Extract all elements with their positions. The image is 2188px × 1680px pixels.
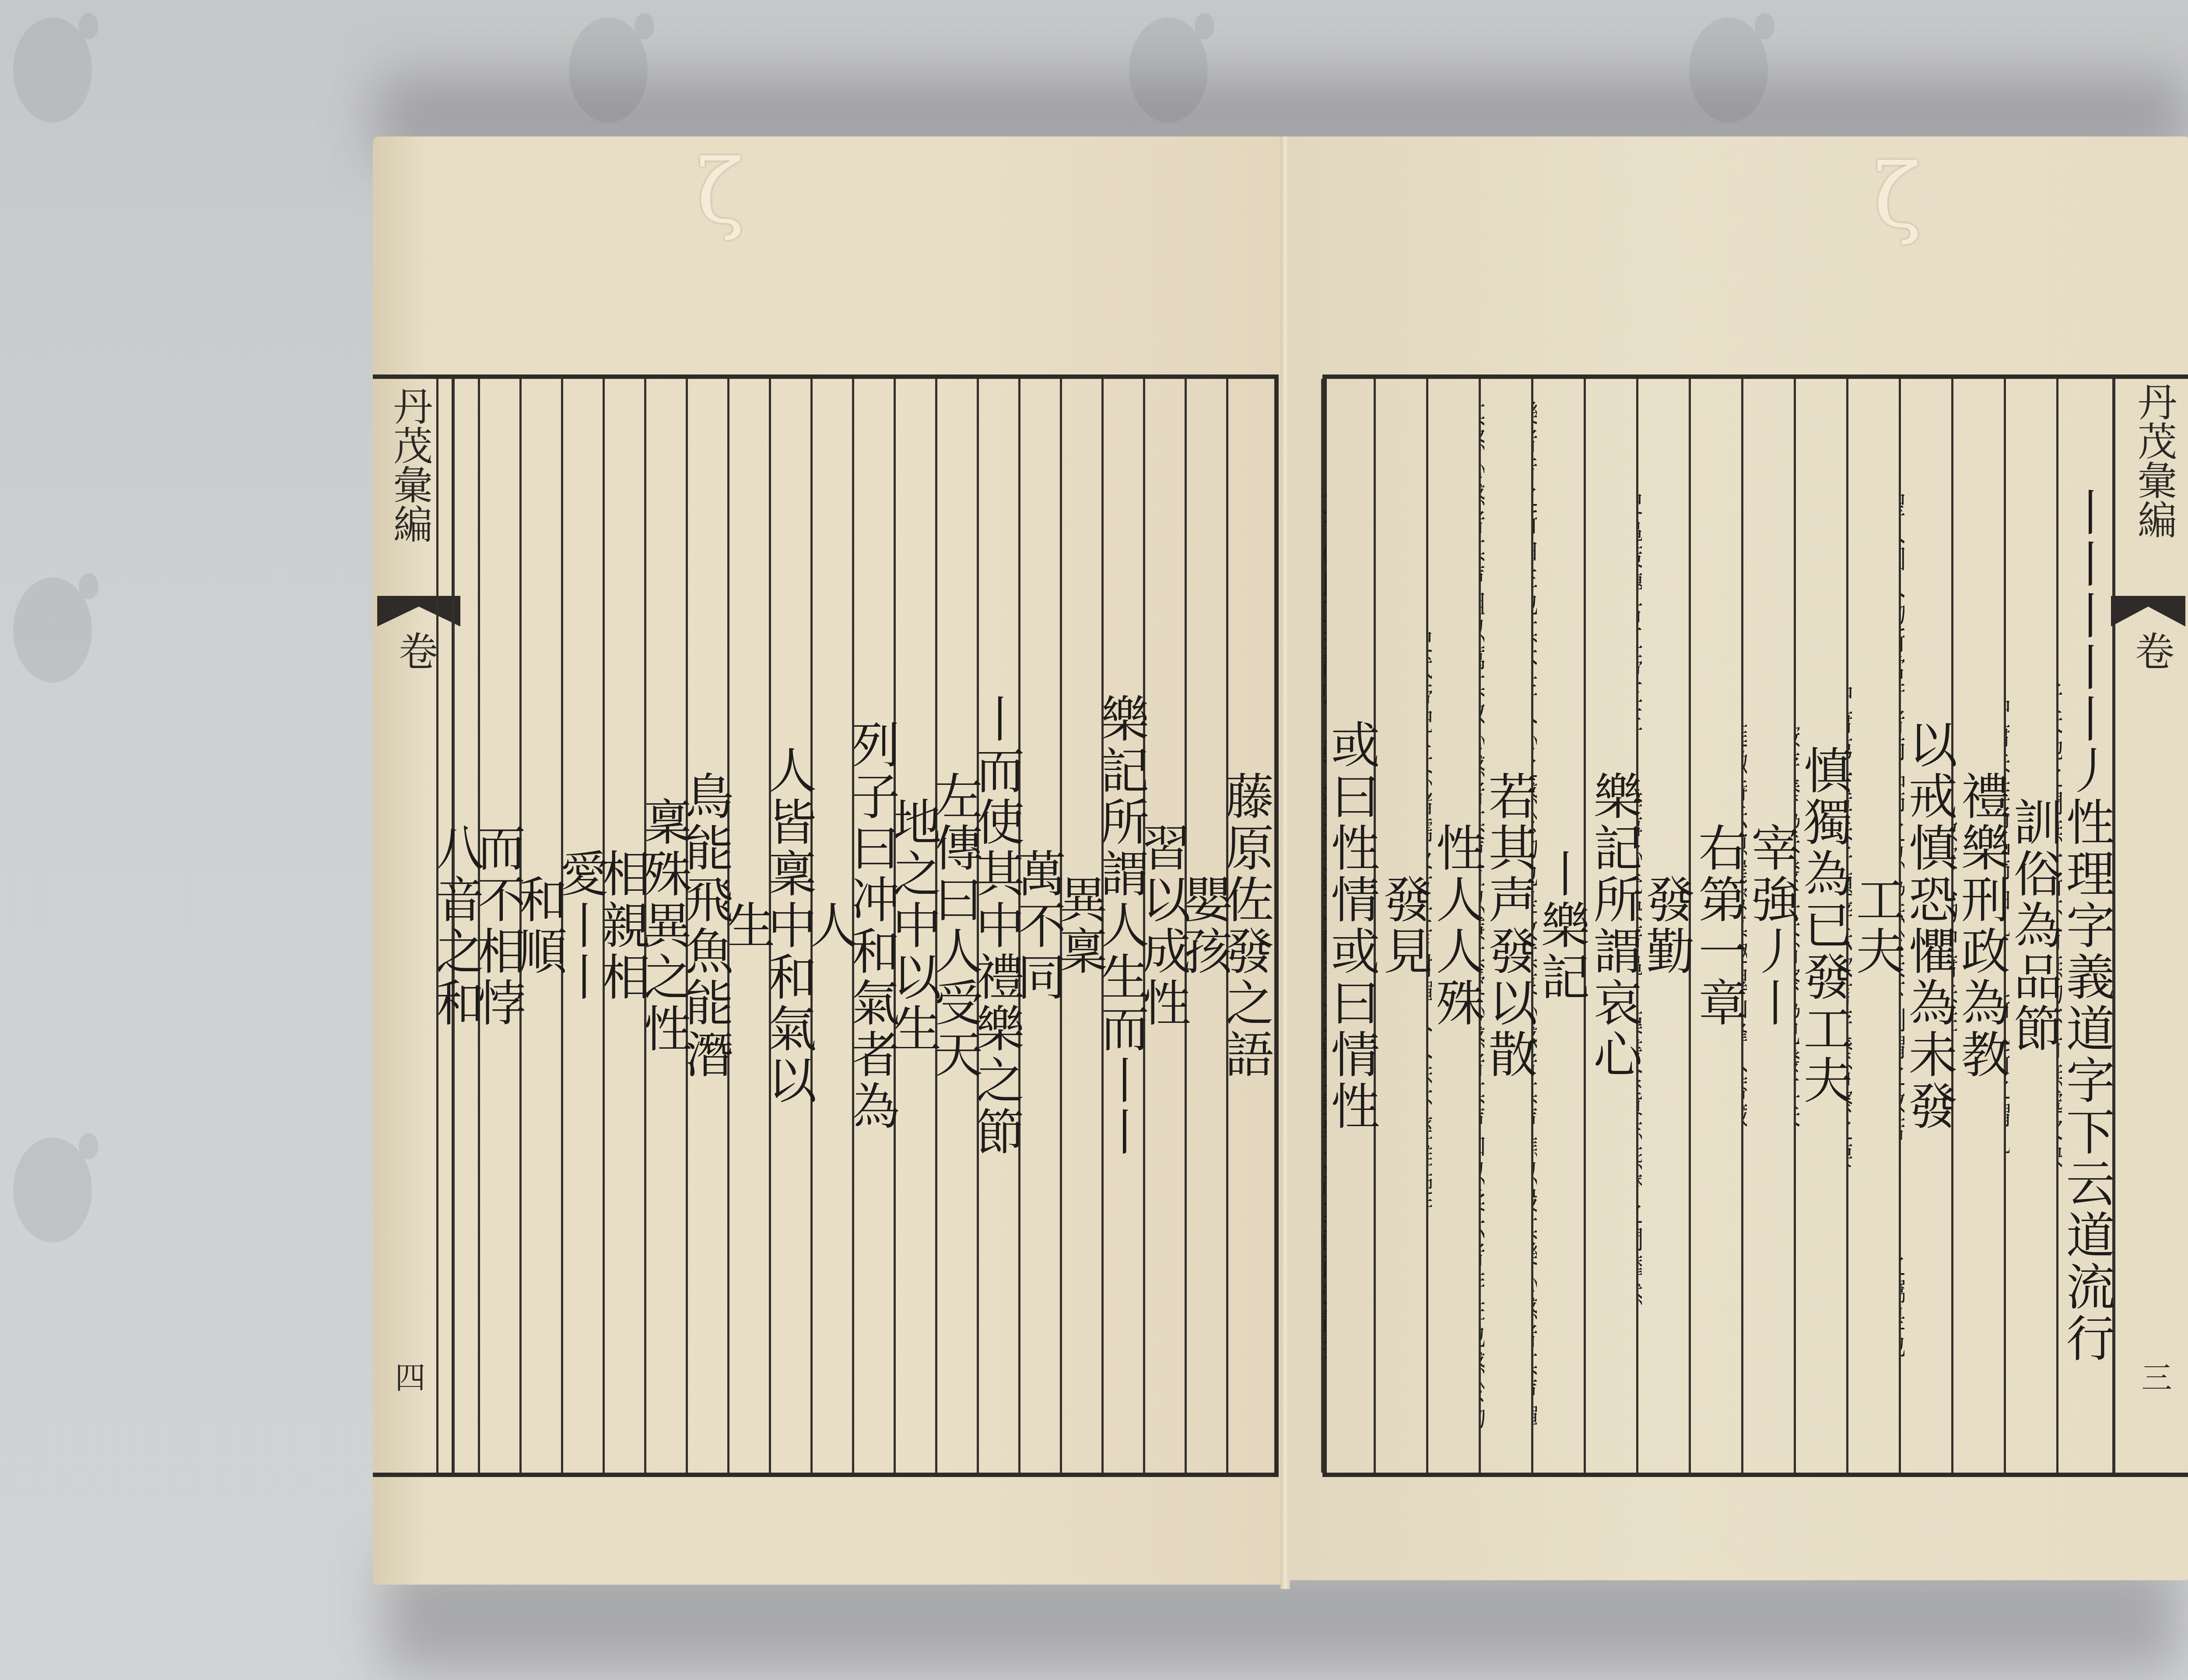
watermark-logo-icon [4, 560, 105, 691]
text-column: 慎獨為已發工夫按存養為未發工夫省察為已發工夫 [1796, 379, 1848, 1473]
text-column: 丨而使其中禮樂之節自己也 [979, 379, 1020, 1473]
text-column: 工夫中庸第一章朱子題辞云次言存養省察之要 [1848, 379, 1901, 1473]
text-column: 右第一章 [1691, 379, 1743, 1473]
text-column: 丨丨丨丨丨丿性理字義道字下云道流行子天地之間無一所不有無物不有無處欠缺 [2058, 379, 2111, 1473]
column-main-text: 樂記所謂哀心 [1589, 771, 1638, 1081]
text-column: 地之中以生左成十三劉子曰吾聞之民受天地之中以生所謂命也 [896, 379, 937, 1473]
text-column: 稟殊異之性莊子秋水鴟鵂夜撮蚤察毫末晝出瞋目而不見丘山言性殊也 [646, 379, 688, 1473]
left-page: ζ 丹茂彙編 卷 四 藤原佐發之語孟字義曰情者生之成也以有所欲而言人常言人情或言… [373, 136, 1287, 1585]
text-column: 或曰性情或曰情性文言傳利貞性情也 漢礼樂志夫樂本情性又家語王義解大布其道而成情性 [1323, 379, 1376, 1473]
text-column: 樂記所謂哀心 [1586, 379, 1638, 1473]
text-column: 列子曰冲和氣者為 [854, 379, 896, 1473]
column-main-text: 或曰性情或曰情性 [1327, 719, 1376, 1132]
column-main-text: 訓俗為品節 [2009, 797, 2058, 1055]
text-column: 習以成性太甲上篇伊尹曰茲乃不義習與性成 [1145, 379, 1187, 1473]
text-column: 若其声發以散其怒心感者其声粗以厲其敬心感者其声直以廉其愛心感者其声和以柔六者非性… [1481, 379, 1533, 1473]
text-column: 而不相悖易說卦水火相逮雷風不相悖 雜卦云和順於道德而理於義 [480, 379, 522, 1473]
text-column: 異稟陳琳答東阿王牋此乃丨丨非仰鑽者所庶幾也 [1062, 379, 1104, 1473]
text-column: 性人人殊史武帝紀上念諸儒及方士言封禪人人殊不經難施行 [1428, 379, 1481, 1473]
right-text-frame: 丨丨丨丨丨丿性理字義道字下云道流行子天地之間無一所不有無物不有無處欠缺訓俗為品節… [1322, 374, 2188, 1477]
column-main-text: 慎獨為已發工夫 [1799, 745, 1848, 1106]
text-column: 發勤史亀策傳古五帝三王丿丨挙事必先决著亀 漢書食貨志燕齊之間靡然丨丨 [1638, 379, 1691, 1473]
left-text-frame: 藤原佐發之語孟字義曰情者生之成也以有所欲而言人常言人情或言情欲或言天下之同情皆此… [373, 374, 1279, 1477]
text-column: 嬰孩顏子家訓比齊顏之推著教子篇俗諺曰教兒嬰孩誠哉斯語 又杜甫詩自哂同丨丨 [1187, 379, 1228, 1473]
text-column: 八音之和舜典八音克諧 漢礼 [438, 379, 480, 1473]
watermark-logo-icon [4, 1120, 105, 1251]
binding-thread-icon: ζ [697, 141, 723, 255]
text-column: 發見 [1376, 379, 1428, 1473]
right-hanshin-volume: 卷 [2122, 631, 2179, 670]
column-main-text: 禮樂刑政為教 [1957, 771, 2006, 1081]
text-column: 藤原佐發之語孟字義曰情者生之成也以有所欲而言人常言人情或言情欲或言天下之同情皆此… [1228, 379, 1270, 1473]
column-main-text: 工夫 [1852, 874, 1901, 977]
column-rule [1321, 379, 1323, 1473]
text-column: 人列子天瑞篇清輕者上為天濁重者下為人地冲和氣者為人故天地含精萬物化生 [813, 379, 854, 1473]
column-main-text: 若其声發以散 [1484, 771, 1533, 1081]
text-column: 丨樂記樂者音之所由生也其本在人心之感於物也是故其哀心感者其声噍以殺其樂心感者其声… [1533, 379, 1586, 1473]
right-hanshin-folio: 三 [2132, 1361, 2177, 1392]
text-column: 宰強丿丨蕤轍詩云煎崖蜜眞趣愧山蜂久蓄藏 [1743, 379, 1796, 1473]
column-main-text: 性人人殊 [1432, 822, 1481, 1029]
column-annotation-text: 文言傳利貞性情也 漢礼樂志夫樂本情性又家語王義解大布其道而成情性 [1323, 490, 1327, 1362]
column-main-text: 以戒慎恐懼為未發 [1904, 719, 1953, 1132]
column-main-text: 發見 [1379, 874, 1428, 977]
text-column: 以戒慎恐懼為未發聖人因人物所當行者而品節之以為法於天下則謂之教若丨丨丨丨之屬是也 [1901, 379, 1953, 1473]
text-column: 訓俗為品節中庸朱注脩品節曲礼丿丨斯礼斯之謂礼 [2006, 379, 2058, 1473]
text-column: 鳥能飛魚能潛史老子傳孔子曰鳥吾知其能飛 詩鶴鳴章魚潛在淵或在于渚 [688, 379, 729, 1473]
column-main-text: 宰強丿丨 [1747, 822, 1796, 1029]
text-column: 相親相 [605, 379, 646, 1473]
text-column: 生白虎通云稷五穀之長得陰陽中和之氣 [729, 379, 771, 1473]
watermark-logo-icon [4, 0, 105, 131]
right-page: ζ 丨丨丨丨丨丿性理字義道字下云道流行子天地之間無一所不有無物不有無處欠缺訓俗為… [1287, 136, 2188, 1580]
text-column: 萬不同莊子齊物論子綦曰天吹丨丨丨 [1020, 379, 1062, 1473]
text-column: 禮樂刑政為教教寅人物中庸朱注 [1953, 379, 2006, 1473]
binding-thread-icon: ζ [1874, 145, 1900, 259]
text-column: 愛丨丨王褒詩南過竹里館日與道相親 易家人曰王假有家交相愛 礼記教民相愛上下用情礼… [563, 379, 605, 1473]
right-hanshin-title: 丹茂彙編 [2125, 381, 2182, 539]
text-column: 人皆稟中和氣以 [771, 379, 813, 1473]
column-main-text: 丨樂記 [1537, 848, 1586, 1003]
column-main-text: 發勤 [1642, 874, 1691, 977]
text-column: 樂記所謂人生而丨丨樂記人生而靜天之性也感於物而動性之欲也 [1104, 379, 1145, 1473]
text-column: 和順 [522, 379, 563, 1473]
column-rule [436, 379, 438, 1473]
column-main-text: 右第一章 [1694, 822, 1743, 1029]
text-column: 左傳曰人受天 [937, 379, 979, 1473]
column-main-text: 丨丨丨丨丨丿性理字義道字下云道流行 [2062, 487, 2111, 1365]
